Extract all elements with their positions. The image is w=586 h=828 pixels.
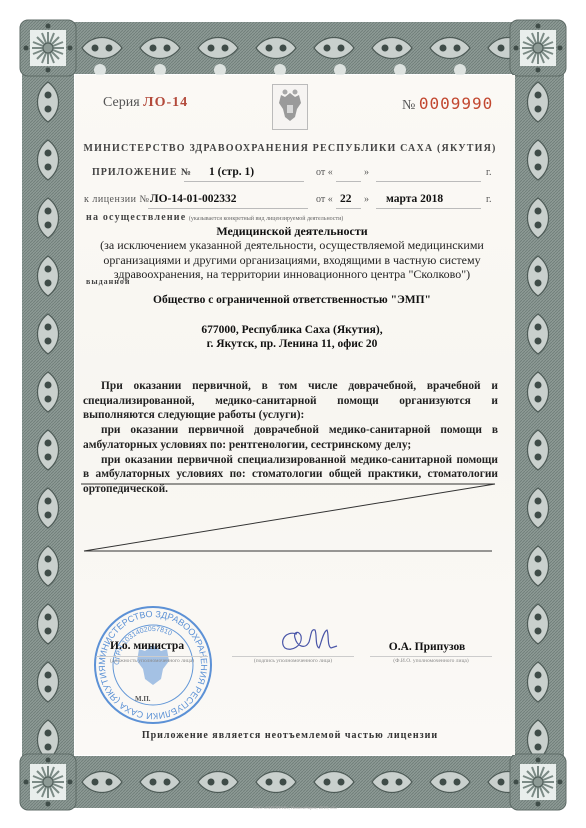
form-number: № 0009990 xyxy=(402,94,493,114)
number-sign: № xyxy=(402,98,415,113)
russian-coat-of-arms-icon xyxy=(272,84,308,130)
activity-hint: (указывается конкретный вид лицензируемо… xyxy=(189,216,343,222)
signature-hint: (подпись уполномоченного лица) xyxy=(232,656,354,664)
license-number: ЛО-14-01-002332 xyxy=(150,193,237,205)
handwritten-signature xyxy=(275,624,345,656)
seal-mark: М.П. xyxy=(135,695,151,703)
appendix-date-close: » xyxy=(364,167,369,178)
name-hint: (Ф.И.О. уполномоченного лица) xyxy=(370,656,492,664)
activity-label-row: на осуществление (указывается конкретный… xyxy=(86,212,343,223)
license-year-suffix: г. xyxy=(486,194,491,205)
printer-imprint: ООО «СИБЗНАК», Новосибирск, 2018, «Б» xyxy=(200,805,390,810)
blank-space-strikeout xyxy=(80,470,510,560)
issued-label: выданной xyxy=(86,277,130,286)
organization-address-line2: г. Якутск, пр. Ленина 11, офис 20 xyxy=(84,338,500,350)
signatory-position: И.о. министра xyxy=(110,640,184,652)
appendix-year-suffix: г. xyxy=(486,167,491,178)
series-code: ЛО-14 xyxy=(143,95,188,110)
license-month-year: марта 2018 xyxy=(386,193,443,205)
organization-address-line1: 677000, Республика Саха (Якутия), xyxy=(84,324,500,336)
official-seal: МИНИСТЕРСТВО ЗДРАВООХРАНЕНИЯ РЕСПУБЛИКИ … xyxy=(93,605,213,725)
appendix-date-open: от « xyxy=(316,167,333,178)
license-label: к лицензии № xyxy=(84,194,150,205)
series-label: Серия ЛО-14 xyxy=(103,95,188,111)
activity-title: Медицинской деятельности xyxy=(84,224,500,239)
appendix-integral-note: Приложение является неотъемлемой частью … xyxy=(80,730,500,741)
license-date-close: » xyxy=(364,194,369,205)
license-date-open: от « xyxy=(316,194,333,205)
license-day: 22 xyxy=(340,193,352,205)
signatory-name: О.А. Припузов xyxy=(362,641,492,653)
service-item: при оказании первичной доврачебной медик… xyxy=(83,423,498,452)
appendix-label: ПРИЛОЖЕНИЕ № xyxy=(92,167,192,178)
ministry-title: МИНИСТЕРСТВО ЗДРАВООХРАНЕНИЯ РЕСПУБЛИКИ … xyxy=(80,143,500,154)
services-intro: При оказании первичной, в том числе довр… xyxy=(83,379,498,423)
organization-name: Общество с ограниченной ответственностью… xyxy=(84,294,500,306)
activity-label: на осуществление xyxy=(86,212,186,223)
activity-description: (за исключением указанной деятельности, … xyxy=(84,238,500,282)
appendix-number: 1 (стр. 1) xyxy=(209,166,254,178)
position-hint: (должность уполномоченного лица) xyxy=(96,656,208,664)
form-number-value: 0009990 xyxy=(419,94,493,113)
series-label-text: Серия xyxy=(103,95,140,110)
